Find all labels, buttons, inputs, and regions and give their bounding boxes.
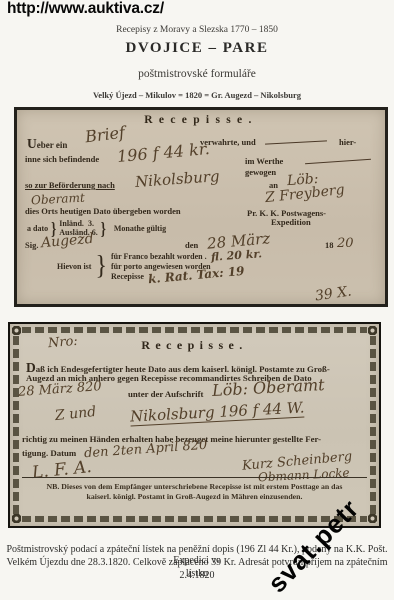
- handwritten-total: 39 X.: [314, 284, 353, 305]
- payment-rows: für Franco bezahlt worden . fl. 20 kr. f…: [111, 251, 262, 282]
- handwritten-year: 20: [337, 236, 354, 251]
- handwritten-item: Brief: [84, 123, 126, 147]
- doc1-title: Recepisse.: [17, 114, 385, 126]
- corner-ornament: [12, 326, 21, 335]
- caption-line3: 2.4.1820: [0, 570, 394, 581]
- handwritten-addressee-2: Oberamt: [31, 191, 85, 208]
- handwritten-dash: [305, 159, 371, 165]
- scanned-auction-page: http://www.auktiva.cz/ Recepisy z Moravy…: [0, 0, 394, 600]
- hievon-label: Hievon ist: [57, 262, 91, 271]
- handwritten-destination: Nikolsburg: [134, 167, 220, 191]
- route-line: Velký Újezd – Mikulov = 1820 = Gr. Augez…: [0, 90, 394, 100]
- doc2-title: Recepisse.: [10, 338, 379, 353]
- corner-ornament: [368, 326, 377, 335]
- den-label: den: [185, 240, 198, 250]
- handwritten-initials: L. F. A.: [31, 457, 92, 483]
- series-line: Recepisy z Moravy a Slezska 1770 – 1850: [0, 25, 394, 35]
- sig-label: Sig.: [25, 240, 38, 250]
- receipt-form-return: Nro: Recepisse. Daß ich Endesgefertigter…: [8, 322, 381, 528]
- doc1-gewogen: gewogen: [245, 167, 276, 177]
- doc1-line2-print2: im Werthe: [245, 156, 283, 166]
- corner-ornament: [368, 514, 377, 523]
- doc1-expedition: Expedition: [271, 217, 311, 227]
- handwritten-flourish-2: Z und: [54, 404, 97, 424]
- doc1-line1-print: Ueber ein: [27, 136, 67, 152]
- payment-block: Hievon ist } für Franco bezahlt worden .…: [57, 251, 262, 282]
- nb-line1: NB. Dieses von dem Empfänger unterschrie…: [10, 482, 379, 491]
- subtitle: poštmistrovské formuláře: [0, 68, 394, 80]
- datum-label: tigung. Datum: [22, 448, 76, 458]
- doc1-line5-print: dies Orts heutigen Dato übergeben worden: [25, 206, 181, 216]
- nb-divider: [22, 477, 367, 478]
- corner-ornament: [12, 514, 21, 523]
- brace-glyph: }: [101, 217, 106, 239]
- doc1-line2-print: inne sich befindende: [25, 154, 99, 164]
- handwritten-sig-place: Augezd: [40, 231, 94, 252]
- nb-line2: kaiserl. königl. Postamt in Groß-Augezd …: [10, 492, 379, 501]
- auktiva-url-watermark: http://www.auktiva.cz/: [7, 0, 164, 18]
- brace-glyph: }: [95, 251, 107, 282]
- year-print: 18: [325, 240, 334, 250]
- franco-row: für Franco bezahlt worden . fl. 20 kr.: [111, 251, 262, 262]
- adato-label: a dato: [27, 224, 48, 233]
- recepisse-row: Recepisse k. Rat. Tax: 19: [111, 271, 262, 282]
- handwritten-franco-amount: fl. 20 kr.: [210, 249, 262, 262]
- handwritten-amount: 196 f 44 kr.: [116, 139, 210, 166]
- handwritten-destination-amount: Nikolsburg 196 f 44 W.: [130, 398, 305, 426]
- aufschrift-label: unter der Aufschrift: [128, 389, 203, 399]
- doc1-line3-print: so zur Beförderung nach: [25, 180, 115, 190]
- doc1-line1-print3: hier-: [339, 137, 356, 147]
- monathe-label: Monathe gültig: [114, 224, 166, 233]
- receipt-form-posting: Recepisse. Ueber ein Brief verwahrte, un…: [14, 107, 388, 307]
- ornament-border-top: [22, 327, 367, 333]
- page-title: DVOJICE – PARE: [0, 40, 394, 57]
- handwritten-dash: [265, 140, 327, 144]
